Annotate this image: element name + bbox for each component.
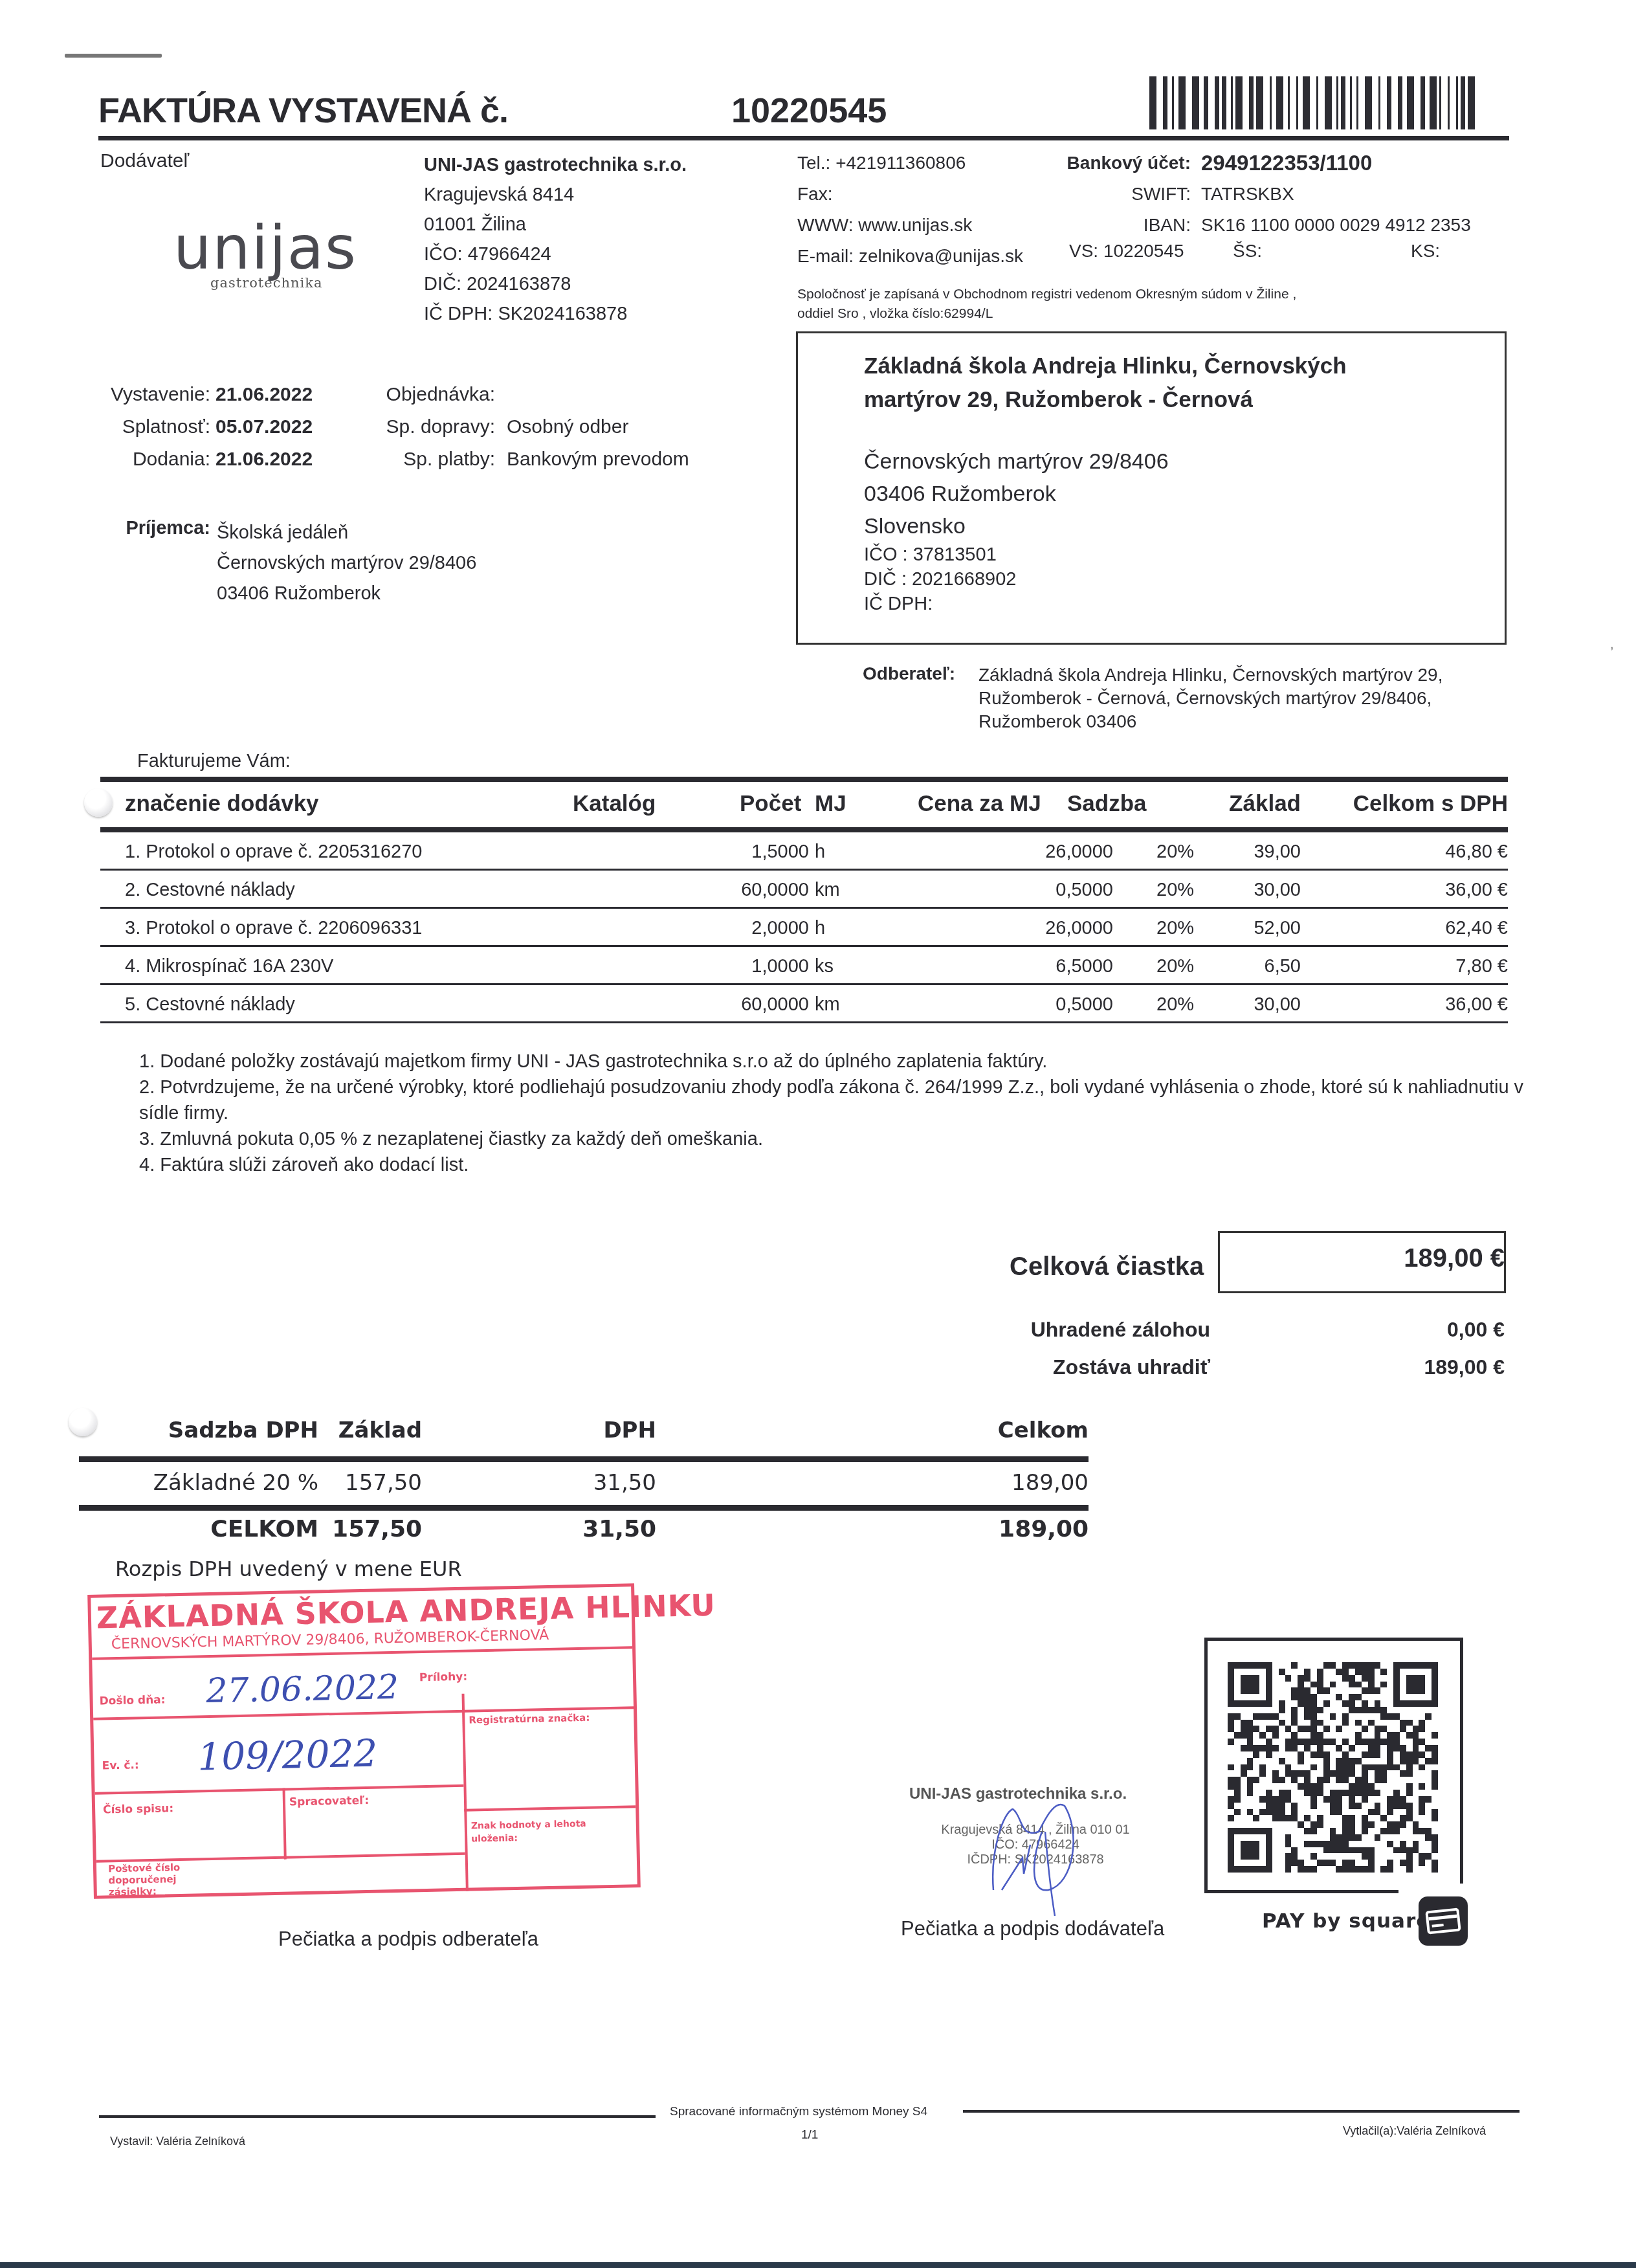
total-amount-value: 189,00 € <box>1404 1244 1505 1273</box>
qr-frame <box>1204 1890 1398 1893</box>
vat-amount: 31,50 <box>593 1470 656 1496</box>
footer-divider <box>963 2110 1520 2113</box>
col-description: značenie dodávky <box>125 791 319 817</box>
stamp-file-label: Číslo spisu: <box>103 1802 173 1816</box>
fax: Fax: <box>797 179 1023 210</box>
recipient-street: Černovských martýrov 29/8406 <box>864 445 1169 478</box>
item-vat-rate: 20% <box>1156 841 1194 863</box>
remaining-value: 189,00 € <box>1424 1348 1505 1386</box>
item-unit-price: 6,5000 <box>1056 956 1113 977</box>
delivery-date: 21.06.2022 <box>216 443 313 476</box>
item-vat-rate: 20% <box>1156 994 1194 1016</box>
item-unit-price: 26,0000 <box>1045 841 1113 863</box>
stamp-received-date: 27.06.2022 <box>206 1668 399 1711</box>
iban-label: IBAN: <box>1055 210 1191 241</box>
vat-total: 189,00 <box>1011 1470 1089 1496</box>
total-amount-label: Celková čiastka <box>1010 1252 1204 1282</box>
stamp-registry-label: Registratúrna značka: <box>469 1712 590 1726</box>
item-unit: h <box>815 918 825 939</box>
registry-note-line: oddiel Sro , vložka číslo:62994/L <box>797 304 1296 324</box>
scan-edge <box>0 2262 1636 2268</box>
supplier-dic: DIČ: 2024163878 <box>424 269 687 299</box>
item-description: 4. Mikrospínač 16A 230V <box>125 956 333 977</box>
supplier-signature-caption: Pečiatka a podpis dodávateľa <box>901 1917 1164 1940</box>
pay-by-square-qr-code <box>1228 1662 1438 1873</box>
qr-frame <box>1460 1638 1463 1884</box>
stamp-attachments-label: Prílohy: <box>419 1671 468 1685</box>
col-quantity: Počet <box>740 791 801 817</box>
recipient-ico: IČO : 37813501 <box>864 542 1016 567</box>
footer-divider <box>99 2115 656 2118</box>
document-title: FAKTÚRA VYSTAVENÁ č. <box>98 91 508 131</box>
swift-label: SWIFT: <box>1055 179 1191 210</box>
punch-hole <box>84 788 113 817</box>
recipient-name-line: martýrov 29, Ružomberok - Černová <box>864 383 1347 417</box>
order-value <box>507 379 689 411</box>
bank-values: 2949122353/1100 TATRSKBX SK16 1100 0000 … <box>1201 148 1471 241</box>
item-unit: km <box>815 880 840 901</box>
registry-note: Spoločnosť je zapísaná v Obchodnom regis… <box>797 285 1296 324</box>
item-unit-price: 0,5000 <box>1056 880 1113 901</box>
supplier-signature <box>984 1793 1087 1916</box>
bank-account-value: 2949122353/1100 <box>1201 148 1471 179</box>
note-item: 2. Potvrdzujeme, že na určené výrobky, k… <box>139 1074 1531 1126</box>
website: WWW: www.unijas.sk <box>797 210 1023 241</box>
item-base: 6,50 <box>1265 956 1301 977</box>
supplier-ico: IČO: 47966424 <box>424 239 687 269</box>
customer-label: Odberateľ: <box>863 663 955 684</box>
item-vat-rate: 20% <box>1156 880 1194 901</box>
vat-total-sum: 189,00 <box>999 1516 1089 1542</box>
item-quantity: 60,0000 <box>741 880 809 901</box>
vat-summary-table: Sadzba DPH Základ DPH Celkom Základné 20… <box>79 1417 1089 1550</box>
item-unit-price: 26,0000 <box>1045 918 1113 939</box>
col-unit: MJ <box>815 791 846 817</box>
customer-registry-stamp: ZÁKLADNÁ ŠKOLA ANDREJA HLINKU ČERNOVSKÝC… <box>87 1583 641 1899</box>
col-base: Základ <box>1229 791 1301 817</box>
receiver-address: Školská jedáleň Černovských martýrov 29/… <box>217 518 476 609</box>
recipient-city: 03406 Ružomberok <box>864 478 1169 510</box>
vat-currency-note: Rozpis DPH uvedený v mene EUR <box>115 1557 462 1581</box>
issue-date-label: Vystavenie: <box>97 379 210 411</box>
date-values: 21.06.2022 05.07.2022 21.06.2022 <box>216 379 313 476</box>
item-vat-rate: 20% <box>1156 956 1194 977</box>
iban-value: SK16 1100 0000 0029 4912 2353 <box>1201 210 1471 241</box>
stamp-postal-label: Poštové číslo doporučenej zásielky: <box>108 1862 186 1898</box>
supplier-street: Kragujevská 8414 <box>424 180 687 210</box>
constant-symbol: KS: <box>1411 241 1440 261</box>
customer-line: Základná škola Andreja Hlinku, Černovský… <box>978 663 1496 687</box>
payment-method-label: Sp. platby: <box>362 443 495 476</box>
item-unit-price: 0,5000 <box>1056 994 1113 1016</box>
vat-rate: Základné 20 % <box>79 1470 318 1496</box>
stamp-ev-label: Ev. č.: <box>102 1759 139 1772</box>
item-unit: h <box>815 841 825 863</box>
invoice-number: 10220545 <box>731 91 887 131</box>
recipient-name-line: Základná škola Andreja Hlinku, Černovský… <box>864 350 1347 383</box>
item-unit: ks <box>815 956 834 977</box>
company-logo-subtitle: gastrotechnika <box>210 275 323 291</box>
vat-total-vat: 31,50 <box>582 1516 656 1542</box>
customer-address: Základná škola Andreja Hlinku, Černovský… <box>978 663 1496 733</box>
order-values: Osobný odber Bankovým prevodom <box>507 379 689 476</box>
vat-total-base: 157,50 <box>332 1516 422 1542</box>
item-quantity: 1,0000 <box>751 956 809 977</box>
supplier-details: UNI-JAS gastrotechnika s.r.o. Kragujevsk… <box>424 150 687 329</box>
item-total: 46,80 € <box>1445 841 1508 863</box>
summary-values: 0,00 € 189,00 € <box>1424 1311 1505 1386</box>
items-table: značenie dodávky Katalóg Počet MJ Cena z… <box>100 777 1508 1023</box>
recipient-ic-dph: IČ DPH: <box>864 592 1016 616</box>
order-label: Objednávka: <box>362 379 495 411</box>
deposit-label: Uhradené zálohou <box>1003 1311 1210 1348</box>
item-base: 39,00 <box>1254 841 1301 863</box>
item-quantity: 2,0000 <box>751 918 809 939</box>
table-row: 4. Mikrospínač 16A 230V1,0000ks6,500020%… <box>100 947 1508 985</box>
vat-col-total: Celkom <box>998 1417 1089 1443</box>
summary-labels: Uhradené zálohou Zostáva uhradiť <box>1003 1311 1210 1386</box>
receiver-city: 03406 Ružomberok <box>217 579 476 609</box>
deposit-value: 0,00 € <box>1424 1311 1505 1348</box>
note-item: 4. Faktúra slúži zároveň ako dodací list… <box>139 1152 1531 1178</box>
supplier-contact: Tel.: +421911360806 Fax: WWW: www.unijas… <box>797 148 1023 272</box>
bank-account-label: Bankový účet: <box>1055 148 1191 179</box>
vat-col-vat: DPH <box>603 1417 656 1443</box>
item-vat-rate: 20% <box>1156 918 1194 939</box>
item-base: 30,00 <box>1254 880 1301 901</box>
recipient-name: Základná škola Andreja Hlinku, Černovský… <box>864 350 1347 417</box>
items-table-header: značenie dodávky Katalóg Počet MJ Cena z… <box>100 777 1508 832</box>
item-quantity: 1,5000 <box>751 841 809 863</box>
company-logo: unijas <box>173 214 357 283</box>
item-total: 36,00 € <box>1445 994 1508 1016</box>
customer-line: Ružomberok 03406 <box>978 710 1496 733</box>
scan-mark: , <box>1610 638 1614 652</box>
item-description: 3. Protokol o oprave č. 2206096331 <box>125 918 423 939</box>
transport-label: Sp. dopravy: <box>362 411 495 443</box>
item-description: 1. Protokol o oprave č. 2205316270 <box>125 841 423 863</box>
receiver-name: Školská jedáleň <box>217 518 476 548</box>
col-vat-rate: Sadzba <box>1067 791 1147 817</box>
page-number: 1/1 <box>801 2128 818 2142</box>
vat-table-row: Základné 20 % 157,50 31,50 189,00 <box>79 1456 1089 1511</box>
supplier-city: 01001 Žilina <box>424 210 687 239</box>
vat-col-base: Základ <box>338 1417 422 1443</box>
phone: Tel.: +421911360806 <box>797 148 1023 179</box>
printed-by: Vytlačil(a):Valéria Zelníková <box>1343 2124 1486 2138</box>
supplier-ic-dph: IČ DPH: SK2024163878 <box>424 299 687 329</box>
supplier-label: Dodávateľ <box>100 150 189 172</box>
delivery-date-label: Dodania: <box>97 443 210 476</box>
recipient-ids: IČO : 37813501 DIČ : 2021668902 IČ DPH: <box>864 542 1016 616</box>
transport-value: Osobný odber <box>507 411 689 443</box>
vat-table-total-row: CELKOM 157,50 31,50 189,00 <box>79 1511 1089 1550</box>
specific-symbol: ŠS: <box>1233 241 1262 261</box>
vat-base: 157,50 <box>345 1470 422 1496</box>
header-divider <box>98 136 1509 140</box>
col-total: Celkom s DPH <box>1353 791 1508 817</box>
payment-method-value: Bankovým prevodom <box>507 443 689 476</box>
table-row: 1. Protokol o oprave č. 22053162701,5000… <box>100 832 1508 871</box>
note-item: 1. Dodané položky zostávajú majetkom fir… <box>139 1049 1531 1074</box>
recipient-address: Černovských martýrov 29/8406 03406 Ružom… <box>864 445 1169 542</box>
stamp-title: ZÁKLADNÁ ŠKOLA ANDREJA HLINKU <box>96 1588 716 1636</box>
barcode-icon <box>1149 76 1486 129</box>
table-row: 2. Cestovné náklady60,0000km0,500020%30,… <box>100 871 1508 909</box>
item-total: 36,00 € <box>1445 880 1508 901</box>
note-item: 3. Zmluvná pokuta 0,05 % z nezaplatenej … <box>139 1126 1531 1152</box>
stamp-ev-number: 109/2022 <box>197 1731 378 1779</box>
bank-labels: Bankový účet: SWIFT: IBAN: <box>1055 148 1191 241</box>
items-intro: Fakturujeme Vám: <box>137 751 291 772</box>
item-base: 30,00 <box>1254 994 1301 1016</box>
remaining-label: Zostáva uhradiť <box>1003 1348 1210 1386</box>
stamp-received-label: Došlo dňa: <box>99 1693 165 1707</box>
stamp-handler-label: Spracovateľ: <box>289 1794 370 1809</box>
footer-system-note: Spracované informačným systémom Money S4 <box>670 2105 927 2119</box>
supplier-name: UNI-JAS gastrotechnika s.r.o. <box>424 150 687 180</box>
scan-mark <box>65 54 162 58</box>
recipient-country: Slovensko <box>864 510 1169 542</box>
item-base: 52,00 <box>1254 918 1301 939</box>
recipient-dic: DIČ : 2021668902 <box>864 567 1016 592</box>
vat-table-header: Sadzba DPH Základ DPH Celkom <box>79 1417 1089 1456</box>
stamp-retention-label: Znak hodnoty a lehota uloženia: <box>471 1817 627 1846</box>
receiver-label: Príjemca: <box>97 518 210 539</box>
item-quantity: 60,0000 <box>741 994 809 1016</box>
item-total: 7,80 € <box>1455 956 1508 977</box>
item-unit: km <box>815 994 840 1016</box>
pay-by-square-label: PAY by square <box>1262 1909 1430 1933</box>
table-row: 5. Cestovné náklady60,0000km0,500020%30,… <box>100 985 1508 1023</box>
card-icon <box>1419 1896 1468 1946</box>
vat-total-label: CELKOM <box>79 1516 318 1542</box>
swift-value: TATRSKBX <box>1201 179 1471 210</box>
due-date-label: Splatnosť: <box>97 411 210 443</box>
item-description: 2. Cestovné náklady <box>125 880 295 901</box>
email: E-mail: zelnikova@unijas.sk <box>797 241 1023 272</box>
order-labels: Objednávka: Sp. dopravy: Sp. platby: <box>362 379 495 476</box>
invoice-notes: 1. Dodané položky zostávajú majetkom fir… <box>139 1049 1531 1178</box>
vat-col-rate: Sadzba DPH <box>79 1417 318 1443</box>
col-unit-price: Cena za MJ <box>918 791 1041 817</box>
variable-symbol: VS: 10220545 <box>1069 241 1184 261</box>
customer-line: Ružomberok - Černová, Černovských martýr… <box>978 687 1496 710</box>
registry-note-line: Spoločnosť je zapísaná v Obchodnom regis… <box>797 285 1296 304</box>
item-description: 5. Cestovné náklady <box>125 994 295 1016</box>
due-date: 05.07.2022 <box>216 411 313 443</box>
issued-by: Vystavil: Valéria Zelníková <box>110 2135 245 2148</box>
date-labels: Vystavenie: Splatnosť: Dodania: <box>97 379 210 476</box>
issue-date: 21.06.2022 <box>216 379 313 411</box>
item-total: 62,40 € <box>1445 918 1508 939</box>
table-row: 3. Protokol o oprave č. 22060963312,0000… <box>100 909 1508 947</box>
col-catalog: Katalóg <box>573 791 656 817</box>
receiver-street: Černovských martýrov 29/8406 <box>217 548 476 579</box>
customer-signature-caption: Pečiatka a podpis odberateľa <box>278 1928 538 1951</box>
